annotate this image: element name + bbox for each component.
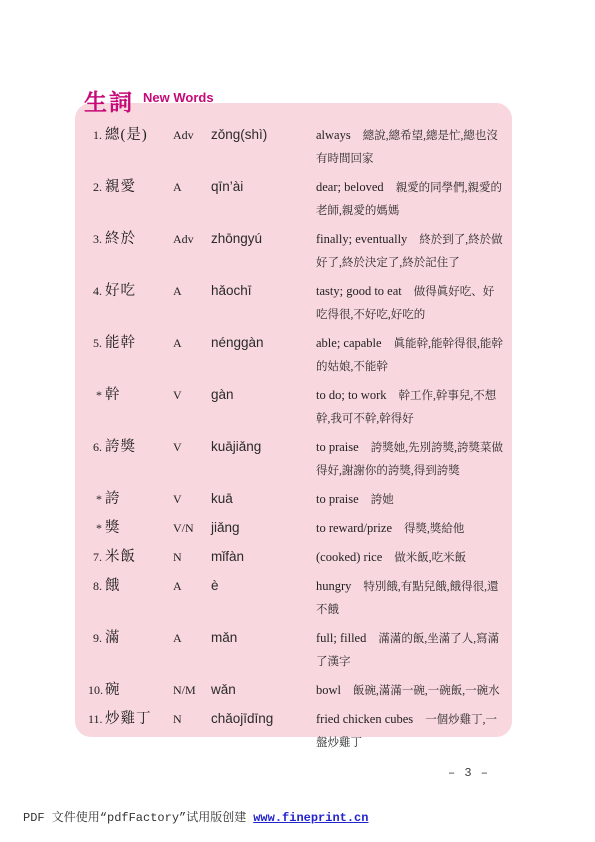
entry-definition: finally; eventually終於到了,終於做好了,終於決定了,終於記住… bbox=[316, 228, 506, 274]
entry-pinyin: jiǎng bbox=[211, 517, 316, 539]
entry-part-of-speech: N bbox=[173, 708, 211, 730]
entry-english: hungry bbox=[316, 579, 351, 593]
vocab-row: 3. 終於 Adv zhōngyú finally; eventually終於到… bbox=[88, 228, 506, 274]
entry-word: 米飯 bbox=[105, 546, 173, 568]
entry-number: 5. bbox=[88, 332, 105, 354]
entry-word: 餓 bbox=[105, 575, 173, 597]
entry-part-of-speech: A bbox=[173, 627, 211, 649]
entry-definition: tasty; good to eat做得眞好吃、好吃得很,不好吃,好吃的 bbox=[316, 280, 506, 326]
entry-pinyin: nénggàn bbox=[211, 332, 316, 354]
entry-part-of-speech: N bbox=[173, 546, 211, 568]
entry-pinyin: zǒng(shì) bbox=[211, 124, 316, 146]
entry-pinyin: gàn bbox=[211, 384, 316, 406]
entry-word: 好吃 bbox=[105, 280, 173, 302]
entry-definition: dear; beloved親愛的同學們,親愛的老師,親愛的媽媽 bbox=[316, 176, 506, 222]
entry-number: 7. bbox=[88, 546, 105, 568]
entry-pinyin: hǎochī bbox=[211, 280, 316, 302]
entry-number: 9. bbox=[88, 627, 105, 649]
entry-number: * bbox=[88, 384, 105, 406]
vocab-row: * 誇 V kuā to praise誇她 bbox=[88, 488, 506, 511]
entry-word: 幹 bbox=[105, 384, 173, 406]
entry-number: * bbox=[88, 517, 105, 539]
entry-number: 10. bbox=[88, 679, 105, 701]
entry-english: dear; beloved bbox=[316, 180, 384, 194]
vocab-row: 6. 誇獎 V kuājiǎng to praise誇獎她,先別誇獎,誇獎菜做得… bbox=[88, 436, 506, 482]
vocab-row: 7. 米飯 N mǐfàn (cooked) rice做米飯,吃米飯 bbox=[88, 546, 506, 569]
entry-examples: 做米飯,吃米飯 bbox=[394, 552, 466, 564]
entry-part-of-speech: A bbox=[173, 176, 211, 198]
entry-pinyin: mǎn bbox=[211, 627, 316, 649]
vocab-row: * 獎 V/N jiǎng to reward/prize得獎,獎給他 bbox=[88, 517, 506, 540]
entry-pinyin: chǎojīdīng bbox=[211, 708, 316, 730]
entry-word: 終於 bbox=[105, 228, 173, 250]
entry-english: tasty; good to eat bbox=[316, 284, 402, 298]
entry-word: 能幹 bbox=[105, 332, 173, 354]
entry-part-of-speech: A bbox=[173, 332, 211, 354]
vocab-row: 1. 總(是) Adv zǒng(shì) always總說,總希望,總是忙,總… bbox=[88, 124, 506, 170]
entry-number: 6. bbox=[88, 436, 105, 458]
entry-word: 滿 bbox=[105, 627, 173, 649]
entry-english: to praise bbox=[316, 440, 359, 454]
entry-number: 11. bbox=[88, 708, 105, 730]
entry-word: 碗 bbox=[105, 679, 173, 701]
entry-definition: to do; to work幹工作,幹事兒,不想幹,我可不幹,幹得好 bbox=[316, 384, 506, 430]
section-header: 生詞New Words bbox=[84, 84, 214, 117]
entry-pinyin: mǐfàn bbox=[211, 546, 316, 568]
vocab-row: 2. 親愛 A qīn’ài dear; beloved親愛的同學們,親愛的老師… bbox=[88, 176, 506, 222]
entry-word: 誇 bbox=[105, 488, 173, 510]
entry-number: 1. bbox=[88, 124, 105, 146]
entry-english: able; capable bbox=[316, 336, 382, 350]
entry-english: always bbox=[316, 128, 351, 142]
vocab-row: 8. 餓 A è hungry特別餓,有點兒餓,餓得很,還不餓 bbox=[88, 575, 506, 621]
entry-english: fried chicken cubes bbox=[316, 712, 413, 726]
entry-english: to praise bbox=[316, 492, 359, 506]
vocab-row: 4. 好吃 A hǎochī tasty; good to eat做得眞好吃、好… bbox=[88, 280, 506, 326]
entry-definition: fried chicken cubes一個炒雞丁,一盤炒雞丁 bbox=[316, 708, 506, 754]
entry-english: (cooked) rice bbox=[316, 550, 382, 564]
entry-examples: 誇她 bbox=[371, 494, 394, 506]
entry-part-of-speech: V bbox=[173, 436, 211, 458]
entry-part-of-speech: A bbox=[173, 280, 211, 302]
entry-definition: hungry特別餓,有點兒餓,餓得很,還不餓 bbox=[316, 575, 506, 621]
entry-part-of-speech: V bbox=[173, 488, 211, 510]
entry-part-of-speech: Adv bbox=[173, 228, 211, 250]
page-title: 生詞 bbox=[84, 89, 134, 115]
entry-part-of-speech: A bbox=[173, 575, 211, 597]
vocab-row: * 幹 V gàn to do; to work幹工作,幹事兒,不想幹,我可不幹… bbox=[88, 384, 506, 430]
entry-definition: to reward/prize得獎,獎給他 bbox=[316, 517, 506, 540]
entry-definition: able; capable眞能幹,能幹得很,能幹的姑娘,不能幹 bbox=[316, 332, 506, 378]
entry-number: 2. bbox=[88, 176, 105, 198]
entry-pinyin: è bbox=[211, 575, 316, 597]
entry-part-of-speech: V/N bbox=[173, 517, 211, 539]
entry-word: 炒雞丁 bbox=[105, 708, 173, 730]
page-number: – 3 – bbox=[448, 766, 489, 780]
entry-examples: 飯碗,滿滿一碗,一碗飯,一碗水 bbox=[353, 685, 500, 697]
entry-pinyin: kuā bbox=[211, 488, 316, 510]
entry-english: to reward/prize bbox=[316, 521, 392, 535]
entry-definition: full; filled滿滿的飯,坐滿了人,寫滿了漢字 bbox=[316, 627, 506, 673]
entry-pinyin: wǎn bbox=[211, 679, 316, 701]
vocab-row: 11. 炒雞丁 N chǎojīdīng fried chicken cubes… bbox=[88, 708, 506, 754]
entry-word: 誇獎 bbox=[105, 436, 173, 458]
vocab-list-box: 1. 總(是) Adv zǒng(shì) always總說,總希望,總是忙,總… bbox=[75, 103, 512, 737]
vocab-row: 9. 滿 A mǎn full; filled滿滿的飯,坐滿了人,寫滿了漢字 bbox=[88, 627, 506, 673]
entry-english: to do; to work bbox=[316, 388, 386, 402]
entry-number: 8. bbox=[88, 575, 105, 597]
entry-part-of-speech: V bbox=[173, 384, 211, 406]
entry-word: 親愛 bbox=[105, 176, 173, 198]
entry-number: 4. bbox=[88, 280, 105, 302]
entry-number: 3. bbox=[88, 228, 105, 250]
entry-word: 總(是) bbox=[105, 124, 173, 146]
page-subtitle: New Words bbox=[143, 90, 214, 105]
entry-definition: bowl飯碗,滿滿一碗,一碗飯,一碗水 bbox=[316, 679, 506, 702]
entry-part-of-speech: Adv bbox=[173, 124, 211, 146]
fineprint-link[interactable]: www.fineprint.cn bbox=[253, 811, 368, 825]
entry-pinyin: kuājiǎng bbox=[211, 436, 316, 458]
entry-definition: always總說,總希望,總是忙,總也沒有時間回家 bbox=[316, 124, 506, 170]
entry-english: full; filled bbox=[316, 631, 366, 645]
entry-examples: 得獎,獎給他 bbox=[404, 523, 464, 535]
entry-pinyin: qīn’ài bbox=[211, 176, 316, 198]
pdf-page: 生詞New Words 1. 總(是) Adv zǒng(shì) always… bbox=[0, 0, 595, 842]
watermark-text: PDF 文件使用“pdfFactory”试用版创建 bbox=[23, 811, 246, 825]
entry-part-of-speech: N/M bbox=[173, 679, 211, 701]
vocab-row: 10. 碗 N/M wǎn bowl飯碗,滿滿一碗,一碗飯,一碗水 bbox=[88, 679, 506, 702]
vocab-row: 5. 能幹 A nénggàn able; capable眞能幹,能幹得很,能幹… bbox=[88, 332, 506, 378]
entry-word: 獎 bbox=[105, 517, 173, 539]
entry-english: finally; eventually bbox=[316, 232, 407, 246]
entry-definition: (cooked) rice做米飯,吃米飯 bbox=[316, 546, 506, 569]
entry-definition: to praise誇獎她,先別誇獎,誇獎菜做得好,謝謝你的誇獎,得到誇獎 bbox=[316, 436, 506, 482]
entry-definition: to praise誇她 bbox=[316, 488, 506, 511]
pdf-watermark: PDF 文件使用“pdfFactory”试用版创建www.fineprint.c… bbox=[23, 808, 368, 825]
entry-pinyin: zhōngyú bbox=[211, 228, 316, 250]
entry-number: * bbox=[88, 488, 105, 510]
entry-english: bowl bbox=[316, 683, 341, 697]
